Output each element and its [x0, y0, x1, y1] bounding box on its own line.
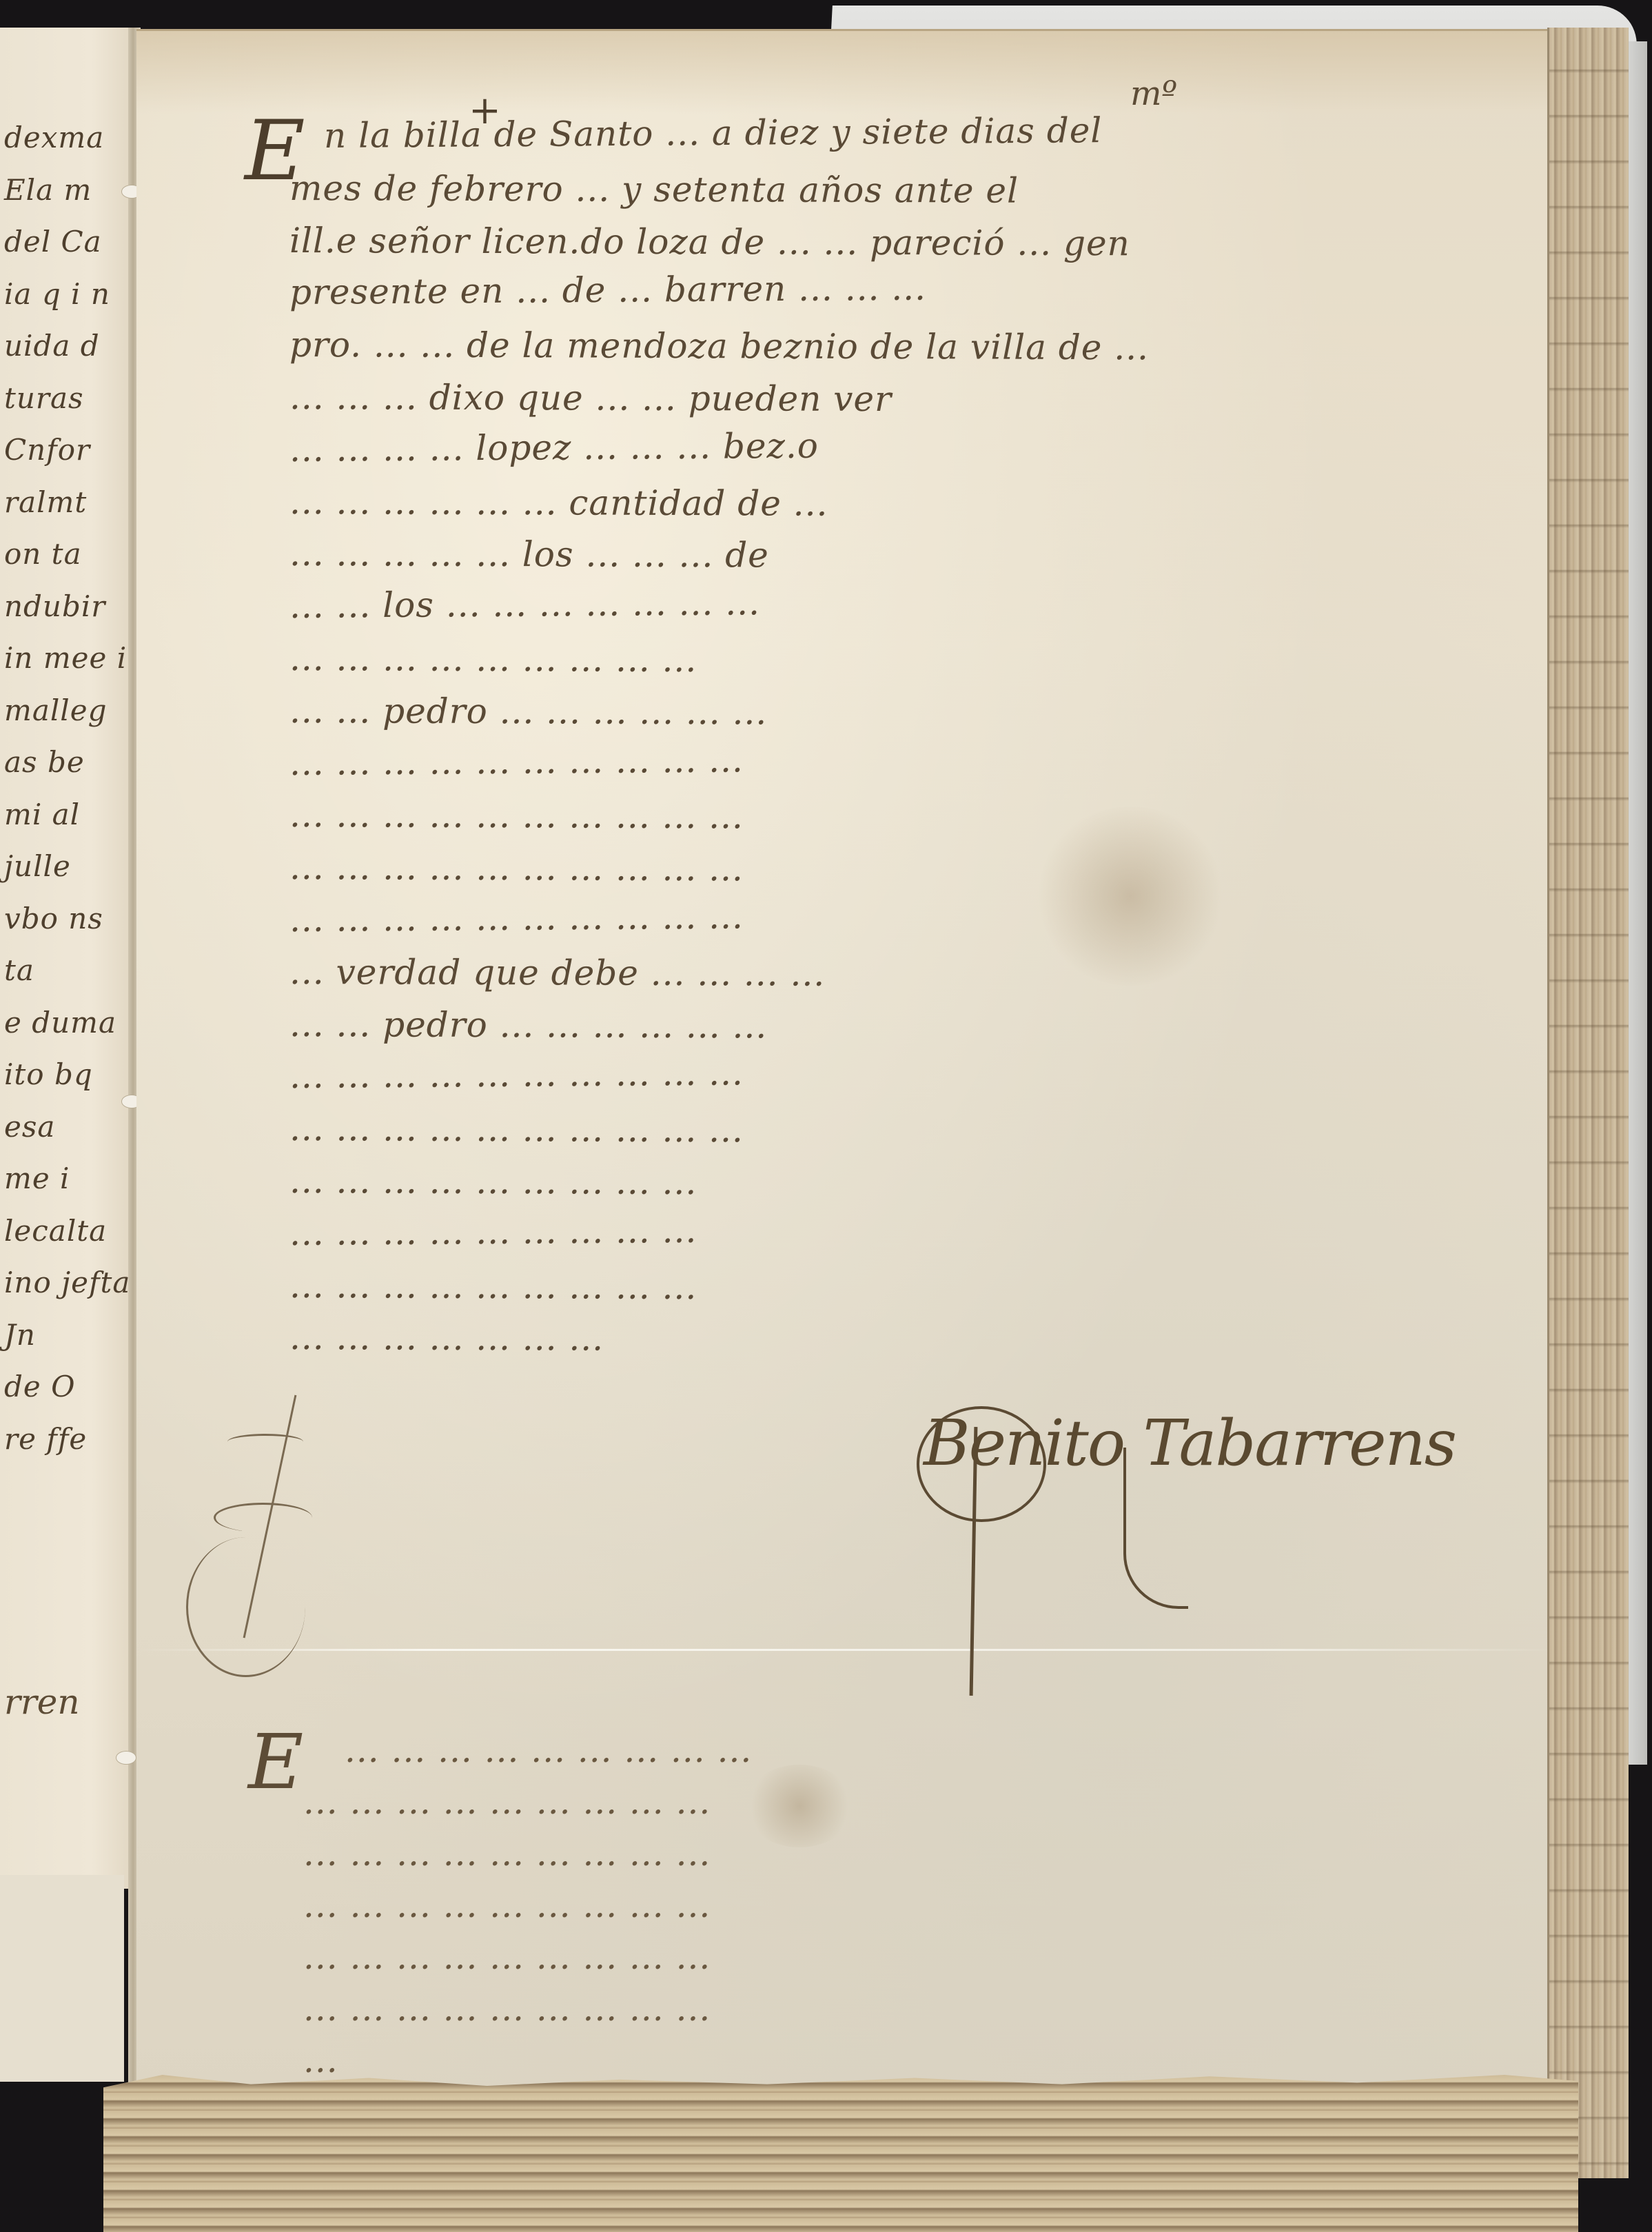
manuscript-line: ... ... ... ... ... ... ... ... ... ...: [289, 847, 744, 889]
ink-stain: [1034, 806, 1227, 986]
manuscript-line: ta: [4, 953, 34, 987]
manuscript-line: del Ca: [4, 225, 102, 258]
manuscript-line: ... ... pedro ... ... ... ... ... ...: [289, 1004, 767, 1046]
manuscript-line: in mee i: [4, 641, 127, 675]
manuscript-line: julle: [4, 849, 71, 883]
manuscript-line: Ela m: [4, 173, 92, 207]
manuscript-line: uida d: [4, 329, 100, 363]
manuscript-line: ... ... ... ... ... ... ... ... ... ...: [289, 740, 744, 783]
manuscript-line: ... ... ... ... ... ... ... ... ...: [303, 1834, 711, 1874]
manuscript-line: ... ... los ... ... ... ... ... ... ...: [289, 582, 760, 626]
manuscript-line: lecalta: [4, 1214, 107, 1248]
manuscript-line: ia q i n: [4, 277, 110, 311]
manuscript-line: ... ... ... ... ... ... ... ... ...: [289, 1210, 697, 1253]
entry2-initial: E: [248, 1718, 303, 1806]
manuscript-line: ... ... ... dixo que ... ... pueden ver: [289, 377, 892, 419]
manuscript-line: Cnfor: [4, 433, 90, 467]
manuscript-line: ... verdad que debe ... ... ... ...: [289, 952, 825, 994]
manuscript-line: ...: [303, 2040, 338, 2080]
manuscript-line: ill.e señor licen.do loza de ... ... par…: [289, 221, 1130, 263]
manuscript-line: ... ... ... ... ... ... ... ... ...: [303, 1937, 711, 1977]
manuscript-line: presente en ... de ... barren ... ... ..…: [289, 268, 926, 312]
manuscript-line: ... ... ... ... ... ... ... ... ...: [303, 1989, 711, 2029]
manuscript-line: e duma: [4, 1006, 116, 1039]
manuscript-line: de O: [4, 1370, 76, 1403]
manuscript-line: ... ... ... ... ... ... ... ... ...: [303, 1782, 711, 1822]
manuscript-line: ito bq: [4, 1057, 93, 1091]
manuscript-line: me i: [4, 1161, 70, 1195]
manuscript-line: as be: [4, 745, 85, 779]
manuscript-line: mes de febrero ... y setenta años ante e…: [289, 168, 1019, 211]
manuscript-line: ... ... pedro ... ... ... ... ... ...: [289, 691, 767, 732]
manuscript-line: on ta: [4, 537, 82, 571]
manuscript-line: ... ... ... ... ... ... ... ... ... ...: [289, 795, 744, 836]
manuscript-line: ... ... ... ... ... ... ...: [289, 1317, 604, 1359]
left-page-lower-edge: [0, 1875, 124, 2082]
manuscript-line: re ffe: [4, 1422, 87, 1456]
notary-signature: Benito Tabarrens: [924, 1406, 1456, 1480]
manuscript-line: ... ... ... ... ... ... ... ... ...: [289, 1161, 697, 1202]
page-stack-bottom: [103, 2075, 1578, 2232]
manuscript-line: ... ... ... ... ... ... ... ... ...: [289, 638, 697, 680]
manuscript-line: vbo ns: [4, 902, 103, 935]
manuscript-line: Jn: [4, 1318, 36, 1352]
manuscript-line: ino jefta: [4, 1266, 130, 1299]
manuscript-line: ... ... ... ... ... ... ... ... ... ...: [289, 896, 744, 940]
ink-stain: [744, 1765, 855, 1847]
page-stack-right: [1547, 28, 1629, 2178]
manuscript-line: ... ... ... ... ... ... ... ... ...: [345, 1730, 752, 1770]
manuscript-line: malleg: [4, 693, 107, 727]
manuscript-line: ... ... ... ... ... ... cantidad de ...: [289, 482, 828, 524]
notarial-flourish-icon: [186, 1392, 345, 1682]
manuscript-line: ... ... ... ... ... ... ... ... ...: [303, 1885, 711, 1925]
manuscript-line: dexma: [4, 121, 104, 154]
manuscript-line: ... ... ... ... ... ... ... ... ...: [289, 1266, 697, 1307]
manuscript-line: n la billa de Santo ... a diez y siete d…: [324, 110, 1103, 156]
manuscript-line: esa: [4, 1110, 55, 1144]
superscript-mark: mº: [1130, 74, 1177, 113]
left-page-signature-fragment: rren: [4, 1682, 80, 1722]
manuscript-line: ... ... ... ... ... ... ... ... ... ...: [289, 1108, 744, 1150]
manuscript-line: ralmt: [4, 485, 87, 519]
manuscript-line: mi al: [4, 798, 80, 831]
manuscript-line: ... ... ... ... ... los ... ... ... de: [289, 534, 769, 575]
fold-crease: [136, 1649, 1556, 1651]
binding-thread: [116, 1751, 136, 1765]
manuscript-line: pro. ... ... de la mendoza beznio de la …: [289, 325, 1149, 367]
manuscript-line: turas: [4, 381, 84, 415]
manuscript-line: ndubir: [4, 589, 105, 623]
manuscript-line: ... ... ... ... ... ... ... ... ... ...: [289, 1053, 744, 1097]
manuscript-line: ... ... ... ... lopez ... ... ... bez.o: [289, 425, 819, 469]
